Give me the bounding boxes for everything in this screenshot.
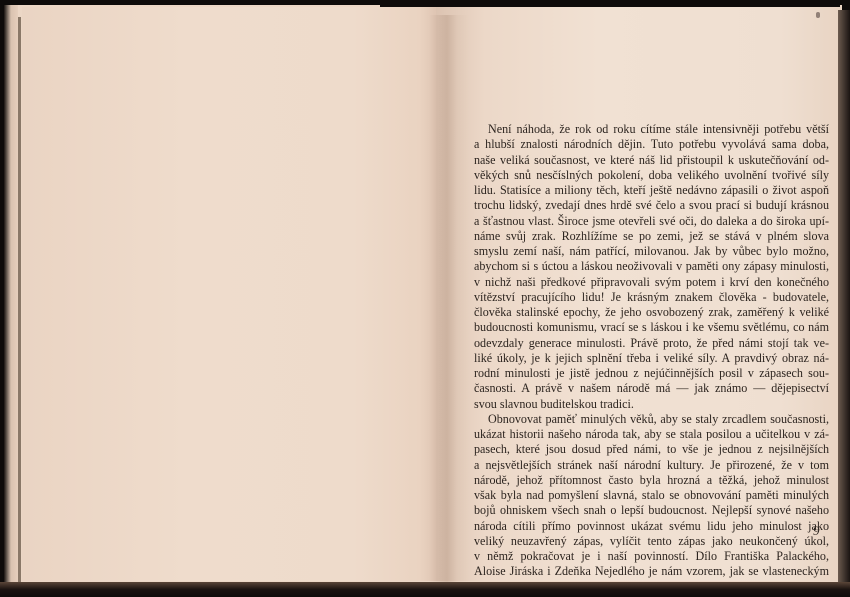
text-line: časnosti. A právě v našem národě má — ja… xyxy=(474,381,829,396)
bottom-shadow xyxy=(0,582,850,597)
text-line: ukázat historii našeho národa tak, aby s… xyxy=(474,427,829,442)
text-line: abychom si s úctou a láskou neoživovali … xyxy=(474,259,829,274)
book-cover-edge xyxy=(4,5,18,585)
text-line: v němž pokračovat je i naší povinností. … xyxy=(474,549,829,564)
paragraph-1: Není náhoda, že rok od roku cítíme stále… xyxy=(474,122,829,412)
text-line: veliký neuzavřený zápas, vylíčit tento z… xyxy=(474,534,829,549)
text-line: budoucnosti komunismu, vrací se s láskou… xyxy=(474,320,829,335)
text-line: člověka stalinské epochy, že jeho osvobo… xyxy=(474,305,829,320)
text-line: liké úkoly, je k jejich splnění třeba i … xyxy=(474,351,829,366)
right-edge-shadow xyxy=(838,10,850,590)
text-line: a nejsvětlejších stránek naší národní ku… xyxy=(474,458,829,473)
text-line: však byla nad pomyšlení slavná, stalo se… xyxy=(474,488,829,503)
paragraph-2: Obnovovat paměť minulých věků, aby se st… xyxy=(474,412,829,580)
text-line: trochu lidský, zvedají dnes hrdě své čel… xyxy=(474,198,829,213)
text-line: a šťastnou vlast. Široce jsme otevřeli s… xyxy=(474,214,829,229)
text-line: odevzdaly generace minulosti. Právě prot… xyxy=(474,336,829,351)
text-line: věkých snů nesčíslných pokolení, doba ve… xyxy=(474,168,829,183)
text-line: naše veliká současnost, ve které náš lid… xyxy=(474,153,829,168)
text-line: bojů ohniskem všech snah o lepší budoucn… xyxy=(474,503,829,518)
text-line: pasech, které jsou dosud před námi, to v… xyxy=(474,442,829,457)
left-page-blank xyxy=(22,7,436,581)
text-line: národa cítili přímo povinnost ukázat své… xyxy=(474,519,829,534)
text-line: Obnovovat paměť minulých věků, aby se st… xyxy=(474,412,829,427)
right-page-text: Není náhoda, že rok od roku cítíme stále… xyxy=(474,122,829,580)
ink-spot-mark xyxy=(816,12,820,18)
text-line: smyslu zemí naší, nám patřící, milovanou… xyxy=(474,244,829,259)
text-line: svou slavnou buditelskou tradici. xyxy=(474,397,829,412)
text-line: a hlubší znalosti národních dějin. Tuto … xyxy=(474,137,829,152)
text-line: Aloise Jiráska i Zdeňka Nejedlého je nám… xyxy=(474,564,829,579)
text-line: rodní minulosti je jistě jednou z nejúči… xyxy=(474,366,829,381)
text-line: vítězství pracujícího lidu! Je krásným z… xyxy=(474,290,829,305)
text-line: lidu. Statisíce a miliony těch, kteří je… xyxy=(474,183,829,198)
text-line: národě, jehož přítomnost často byla hroz… xyxy=(474,473,829,488)
page-stack-edge xyxy=(18,17,21,585)
page-number: 9 xyxy=(813,523,820,539)
text-line: Není náhoda, že rok od roku cítíme stále… xyxy=(474,122,829,137)
top-shadow xyxy=(380,0,840,7)
text-line: v nichž naši předkové připravovali svým … xyxy=(474,275,829,290)
book-gutter xyxy=(429,15,469,583)
text-line: náme svůj zrak. Rozhlížíme se po zemi, j… xyxy=(474,229,829,244)
